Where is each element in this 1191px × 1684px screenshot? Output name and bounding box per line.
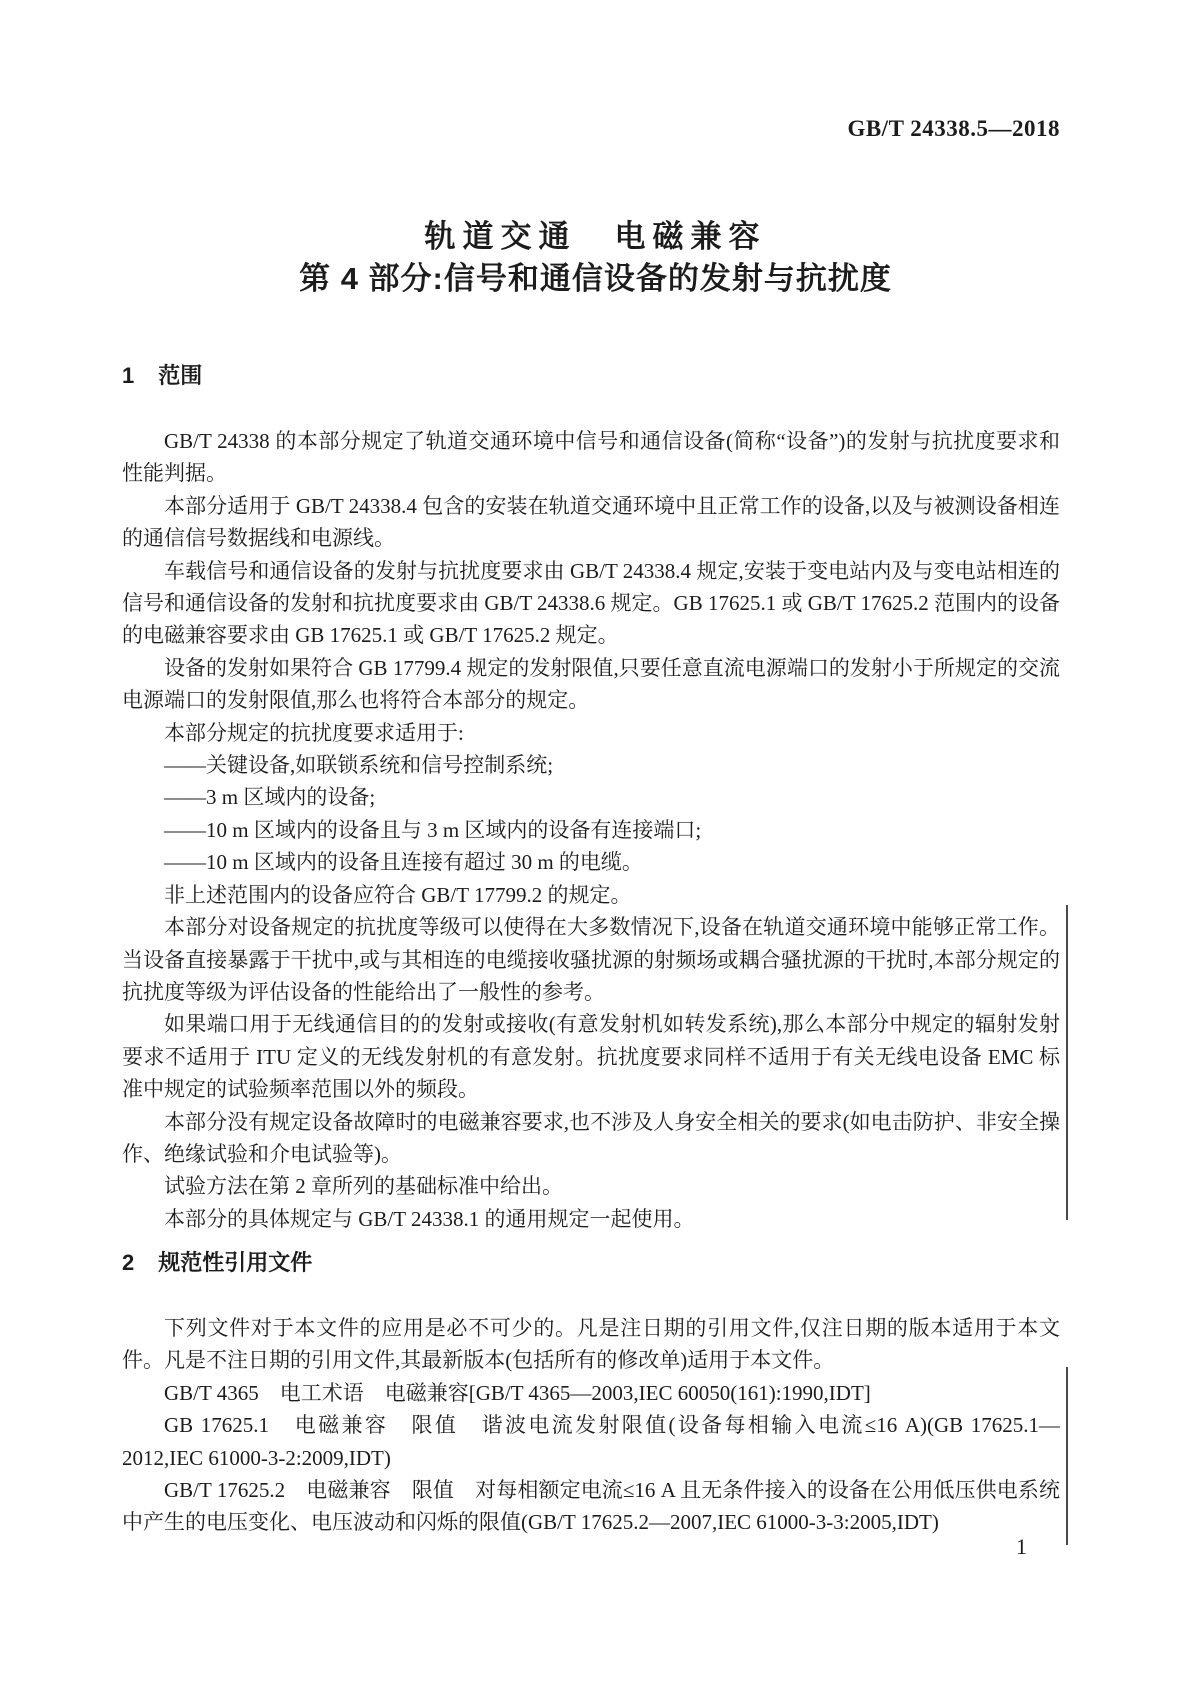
page-number: 1 bbox=[1016, 1534, 1027, 1560]
section-normative-references: 2规范性引用文件 下列文件对于本文件的应用是必不可少的。凡是注日期的引用文件,仅… bbox=[122, 1250, 1060, 1539]
standard-code: GB/T 24338.5—2018 bbox=[847, 116, 1060, 142]
section-scope: 1范围 GB/T 24338 的本部分规定了轨道交通环境中信号和通信设备(简称“… bbox=[122, 363, 1060, 1235]
document-title: 轨道交通 电磁兼容 第 4 部分:信号和通信设备的发射与抗扰度 bbox=[0, 216, 1191, 300]
paragraph: 非上述范围内的设备应符合 GB/T 17799.2 的规定。 bbox=[122, 879, 1060, 911]
paragraph: 本部分适用于 GB/T 24338.4 包含的安装在轨道交通环境中且正常工作的设… bbox=[122, 490, 1060, 555]
paragraph: 本部分的具体规定与 GB/T 24338.1 的通用规定一起使用。 bbox=[122, 1203, 1060, 1235]
reference-entry: GB/T 4365 电工术语 电磁兼容[GB/T 4365—2003,IEC 6… bbox=[122, 1377, 1060, 1409]
section-2-heading: 2规范性引用文件 bbox=[122, 1250, 1060, 1276]
paragraph: 下列文件对于本文件的应用是必不可少的。凡是注日期的引用文件,仅注日期的版本适用于… bbox=[122, 1312, 1060, 1377]
title-line-1: 轨道交通 电磁兼容 bbox=[0, 216, 1191, 258]
section-1-number: 1 bbox=[122, 363, 134, 388]
reference-entry: GB 17625.1 电磁兼容 限值 谐波电流发射限值(设备每相输入电流≤16 … bbox=[122, 1409, 1060, 1474]
revision-bar bbox=[1066, 905, 1068, 1220]
paragraph: 试验方法在第 2 章所列的基础标准中给出。 bbox=[122, 1170, 1060, 1202]
section-2-title: 规范性引用文件 bbox=[158, 1250, 312, 1275]
paragraph: 本部分规定的抗扰度要求适用于: bbox=[122, 717, 1060, 749]
list-item-dash: ——10 m 区域内的设备且连接有超过 30 m 的电缆。 bbox=[122, 846, 1060, 878]
paragraph: 本部分对设备规定的抗扰度等级可以使得在大多数情况下,设备在轨道交通环境中能够正常… bbox=[122, 911, 1060, 1008]
section-2-number: 2 bbox=[122, 1250, 134, 1275]
reference-entry: GB/T 17625.2 电磁兼容 限值 对每相额定电流≤16 A 且无条件接入… bbox=[122, 1474, 1060, 1539]
title-line-2: 第 4 部分:信号和通信设备的发射与抗扰度 bbox=[0, 258, 1191, 300]
paragraph: GB/T 24338 的本部分规定了轨道交通环境中信号和通信设备(简称“设备”)… bbox=[122, 425, 1060, 490]
revision-bar bbox=[1066, 1367, 1068, 1545]
paragraph: 本部分没有规定设备故障时的电磁兼容要求,也不涉及人身安全相关的要求(如电击防护、… bbox=[122, 1106, 1060, 1171]
list-item-dash: ——3 m 区域内的设备; bbox=[122, 781, 1060, 813]
list-item-dash: ——10 m 区域内的设备且与 3 m 区域内的设备有连接端口; bbox=[122, 814, 1060, 846]
paragraph: 车载信号和通信设备的发射与抗扰度要求由 GB/T 24338.4 规定,安装于变… bbox=[122, 555, 1060, 652]
section-1-title: 范围 bbox=[158, 363, 202, 388]
paragraph: 设备的发射如果符合 GB 17799.4 规定的发射限值,只要任意直流电源端口的… bbox=[122, 652, 1060, 717]
document-page: GB/T 24338.5—2018 轨道交通 电磁兼容 第 4 部分:信号和通信… bbox=[0, 0, 1191, 1684]
list-item-dash: ——关键设备,如联锁系统和信号控制系统; bbox=[122, 749, 1060, 781]
section-1-heading: 1范围 bbox=[122, 363, 1060, 389]
paragraph: 如果端口用于无线通信目的的发射或接收(有意发射机如转发系统),那么本部分中规定的… bbox=[122, 1008, 1060, 1105]
